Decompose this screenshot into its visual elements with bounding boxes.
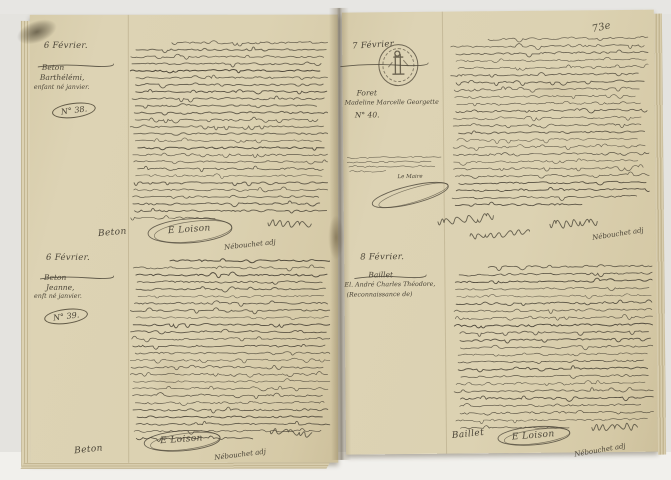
margin-name-line: enfant né janvier. bbox=[34, 84, 90, 91]
book-gutter bbox=[329, 8, 351, 460]
signature: Nébouchet adj bbox=[574, 442, 627, 459]
margin-name-line: Barthélémi, bbox=[40, 73, 85, 82]
margin-name-line: Beton bbox=[42, 63, 64, 72]
margin-name-line: Madeline Marcelle Georgette bbox=[345, 99, 439, 107]
signature-scrawl bbox=[590, 416, 638, 442]
act-number: N° 39. bbox=[43, 306, 89, 326]
signature-scrawl bbox=[266, 213, 312, 239]
margin-name-line: El. André Charles Théodore, bbox=[344, 281, 435, 289]
handwritten-act-text bbox=[450, 34, 650, 222]
folio-page-number: 73e bbox=[591, 20, 612, 35]
signature: Beton bbox=[98, 227, 128, 239]
marginal-mention-note bbox=[343, 154, 441, 183]
handwritten-act-text bbox=[130, 39, 328, 233]
signature-scrawl bbox=[268, 423, 312, 447]
right-page: 73e 7 Février Foret Madeline Marcelle Ge… bbox=[342, 10, 658, 455]
stamp-figure bbox=[378, 44, 418, 86]
margin-name-line: Beton bbox=[44, 273, 66, 282]
scanned-register-photo: 6 Février. Beton Barthélémi, enfant né j… bbox=[0, 0, 671, 480]
register-book: 6 Février. Beton Barthélémi, enfant né j… bbox=[0, 0, 671, 480]
left-page-bottom-edges bbox=[20, 463, 329, 469]
margin-name-line: Foret bbox=[357, 88, 377, 97]
act-number: N° 40. bbox=[355, 110, 380, 119]
signature: Beton bbox=[74, 443, 104, 456]
left-page-sheet-edges bbox=[21, 21, 30, 467]
right-page-sheet-edges bbox=[654, 14, 666, 455]
margin-name-line: enft né janvier. bbox=[34, 293, 82, 300]
margin-name-line: (Reconnaissance de) bbox=[347, 291, 413, 299]
entry-date: 8 Février. bbox=[360, 252, 404, 262]
entry-date: 6 Février. bbox=[44, 41, 88, 51]
left-page: 6 Février. Beton Barthélémi, enfant né j… bbox=[30, 15, 338, 463]
margin-name-line: Jeanne, bbox=[46, 283, 74, 292]
mayor-signature-caption: Le Maire bbox=[397, 174, 422, 180]
entry-date: 6 Février. bbox=[46, 253, 90, 263]
margin-name-line: Baillet bbox=[368, 270, 393, 279]
official-stamp-icon bbox=[378, 44, 418, 86]
act-number: N° 38. bbox=[51, 100, 97, 120]
signature-scrawl bbox=[468, 225, 530, 248]
